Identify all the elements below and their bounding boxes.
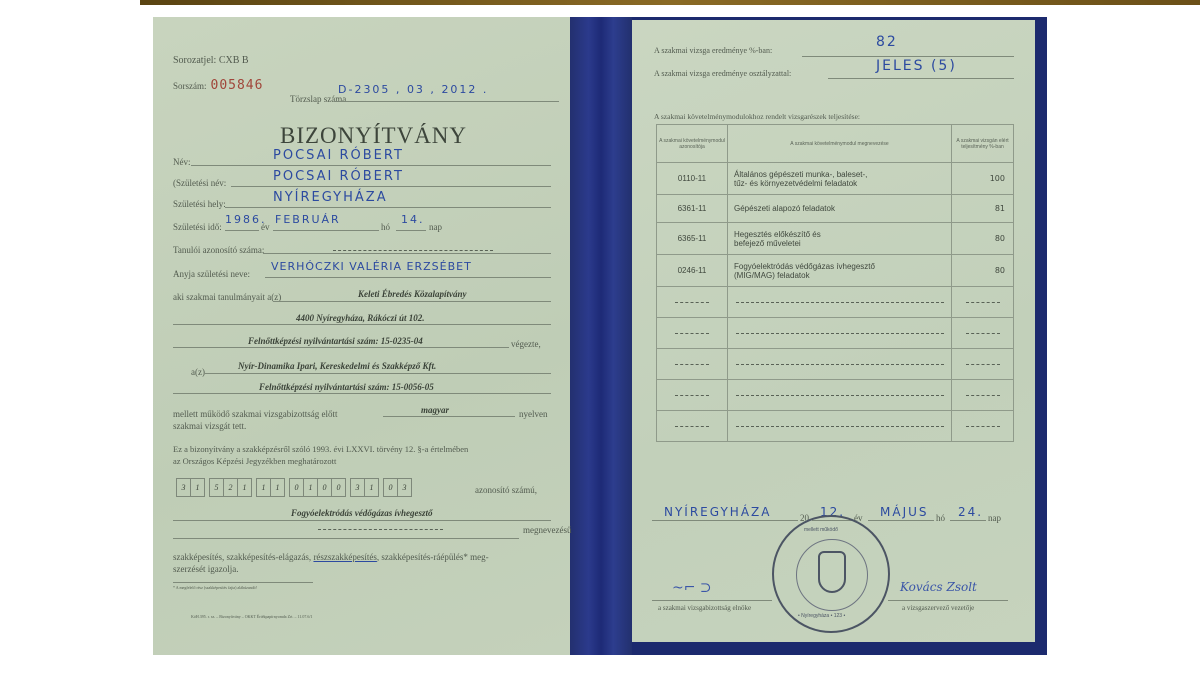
module-name-line: befejező műveletei [734, 239, 950, 248]
institution-1: Keleti Ébredés Közalapítvány [358, 289, 467, 299]
exam-taken-text: szakmai vizsgát tett. [173, 421, 246, 431]
table-row: 0110-11Általános gépészeti munka-, bales… [657, 163, 1014, 195]
module-percent: 100 [952, 163, 1014, 195]
qualification-types-2: , szakképesítés-ráépülés* meg- [377, 552, 489, 562]
empty-cell [728, 411, 952, 442]
serial-label: Sorszám: [173, 81, 207, 91]
module-percent: 80 [952, 255, 1014, 287]
module-code: 0246-11 [657, 255, 728, 287]
qualification-types: szakképesítés, szakképesítés-elágazás, r… [173, 552, 489, 562]
empty-cell [952, 349, 1014, 380]
table-row-empty [657, 349, 1014, 380]
institution-2-registration: Felnőttképzési nyilvántartási szám: 15-0… [259, 382, 434, 392]
az-label: a(z) [191, 367, 205, 377]
module-name: Hegesztés előkészítő ésbefejező művelete… [728, 223, 952, 255]
qualification-empty-line [318, 529, 443, 530]
qualification-name: Fogyóelektródás védőgázas ívhegesztő [291, 508, 432, 518]
okj-digit-box: 1 [256, 478, 271, 497]
name-label: Név: [173, 157, 191, 167]
month-suffix: hó [936, 513, 945, 523]
birth-month: FEBRUÁR [275, 213, 341, 226]
birth-name-label: (Születési név: [173, 178, 226, 188]
empty-cell [657, 287, 728, 318]
name-value: POCSAI RÓBERT [273, 148, 404, 163]
okj-digit-box: 1 [303, 478, 318, 497]
day-suffix: nap [429, 222, 442, 232]
institution-1-address: 4400 Nyíregyháza, Rákóczi út 102. [296, 313, 425, 323]
day-value: 24. [958, 505, 983, 519]
table-row: 6365-11Hegesztés előkészítő ésbefejező m… [657, 223, 1014, 255]
module-code: 6365-11 [657, 223, 728, 255]
committee-text: mellett működő szakmai vizsgabizottság e… [173, 409, 337, 419]
header-module-name: A szakmai követelménymodul megnevezése [728, 125, 952, 163]
okj-digit-box: 0 [383, 478, 398, 497]
table-row: 0246-11Fogyóelektródás védőgázas ívheges… [657, 255, 1014, 287]
okj-digit-box: 2 [223, 478, 238, 497]
institution-2: Nyír-Dinamika Ipari, Kereskedelmi és Sza… [238, 361, 436, 371]
okj-digit-box: 5 [209, 478, 224, 497]
empty-cell [728, 349, 952, 380]
okj-digit-group: 03 [384, 478, 412, 497]
result-percent-label: A szakmai vizsga eredménye %-ban: [654, 46, 772, 55]
empty-cell [657, 411, 728, 442]
module-name: Általános gépészeti munka-, baleset-,tűz… [728, 163, 952, 195]
empty-cell [952, 318, 1014, 349]
footnote: * A megfelelő rész (szakképesítés fajta)… [173, 585, 257, 590]
birth-name-value: POCSAI RÓBERT [273, 169, 404, 184]
mother-name-value: VERHÓCZKI VALÉRIA ERZSÉBET [271, 260, 472, 273]
birth-date-label: Születési idő: [173, 222, 222, 232]
official-stamp: mellett működő • Nyíregyháza • 123 • [772, 515, 890, 633]
student-id-empty [333, 250, 493, 251]
module-name: Gépészeti alapozó feladatok [728, 195, 952, 223]
place-value: NYÍREGYHÁZA [664, 505, 771, 519]
okj-digit-box: 3 [397, 478, 412, 497]
header-module-percent: A szakmai vizsgán elért teljesítmény %-b… [952, 125, 1014, 163]
table-row-empty [657, 287, 1014, 318]
module-name-line: (MIG/MAG) feladatok [734, 271, 950, 280]
module-code: 0110-11 [657, 163, 728, 195]
language-suffix: nyelven [519, 409, 548, 419]
institution-1-registration: Felnőttképzési nyilvántartási szám: 15-0… [248, 336, 423, 346]
print-code: KöH.395. r. sz. – Bizonyítvány – OKKT Ér… [191, 614, 312, 619]
serial-number: 005846 [211, 78, 264, 93]
law-text-2: az Országos Képzési Jegyzékben meghatáro… [173, 456, 336, 466]
signature-left: ~⌐ ⊃ [672, 580, 712, 596]
register-number-month: 03 [407, 83, 425, 96]
language-value: magyar [421, 405, 449, 415]
okj-suffix: azonosító számú, [475, 485, 537, 495]
okj-digit-box: 1 [190, 478, 205, 497]
module-code: 6361-11 [657, 195, 728, 223]
empty-cell [657, 318, 728, 349]
month-suffix: hó [381, 222, 390, 232]
okj-digit-box: 1 [237, 478, 252, 497]
birth-place-value: NYÍREGYHÁZA [273, 190, 388, 205]
okj-digit-box: 0 [317, 478, 332, 497]
okj-digit-group: 521 [210, 478, 252, 497]
result-grade-value: JELES (5) [876, 58, 957, 74]
left-page: Sorozatjel: CXB B Sorszám: 005846 Törzsl… [153, 17, 570, 655]
module-name-line: Hegesztés előkészítő és [734, 230, 950, 239]
day-suffix: nap [988, 513, 1001, 523]
empty-cell [728, 380, 952, 411]
register-number-main: D-2305 [338, 83, 390, 96]
result-percent-value: 82 [876, 34, 898, 50]
module-name-line: tűz- és környezetvédelmi feladatok [734, 179, 950, 188]
empty-cell [657, 380, 728, 411]
series-label: Sorozatjel: CXB B [173, 55, 249, 66]
okj-digit-box: 1 [364, 478, 379, 497]
okj-digit-box: 1 [270, 478, 285, 497]
empty-cell [657, 349, 728, 380]
empty-cell [952, 380, 1014, 411]
empty-cell [728, 287, 952, 318]
signature-left-label: a szakmai vizsgabizottság elnöke [658, 604, 751, 612]
studied-at-label: aki szakmai tanulmányait a(z) [173, 292, 281, 302]
table-row: 6361-11Gépészeti alapozó feladatok81 [657, 195, 1014, 223]
register-number-year: 2012 [441, 83, 477, 96]
empty-cell [952, 411, 1014, 442]
table-row-empty [657, 380, 1014, 411]
okj-digit-box: 0 [331, 478, 346, 497]
birth-day: 14. [401, 213, 425, 226]
okj-number-boxes: 315211101003103 [177, 478, 417, 497]
module-name-line: Általános gépészeti munka-, baleset-, [734, 170, 950, 179]
qualification-types-3: szerzését igazolja. [173, 564, 238, 574]
okj-digit-box: 0 [289, 478, 304, 497]
empty-cell [728, 318, 952, 349]
module-percent: 81 [952, 195, 1014, 223]
module-name-line: Gépészeti alapozó feladatok [734, 204, 950, 213]
okj-digit-group: 0100 [290, 478, 346, 497]
okj-digit-box: 3 [176, 478, 191, 497]
document-title: BIZONYÍTVÁNY [280, 123, 467, 149]
okj-digit-group: 31 [351, 478, 379, 497]
result-grade-label: A szakmai vizsga eredménye osztályzattal… [654, 69, 791, 78]
stamp-text-bottom: • Nyíregyháza • 123 • [798, 613, 845, 619]
okj-digit-group: 11 [257, 478, 285, 497]
student-id-label: Tanulói azonosító száma: [173, 245, 264, 255]
qualification-types-1: szakképesítés, szakképesítés-elágazás, [173, 552, 311, 562]
birth-place-label: Születési hely: [173, 199, 226, 209]
header-module-code: A szakmai követelménymodul azonosítója [657, 125, 728, 163]
serial-row: Sorszám: 005846 [173, 76, 263, 94]
naming-suffix: megnevezésű [523, 525, 571, 535]
module-percent: 80 [952, 223, 1014, 255]
signature-right-label: a vizsgaszervező vezetője [902, 604, 974, 612]
top-gold-strip [140, 0, 1200, 5]
coat-of-arms-icon [818, 551, 846, 593]
right-page: A szakmai vizsga eredménye %-ban: 82 A s… [632, 20, 1035, 642]
module-name: Fogyóelektródás védőgázas ívhegesztő(MIG… [728, 255, 952, 287]
register-number: D-2305 , 03 , 2012 . [338, 83, 488, 96]
completed-label: végezte, [511, 339, 541, 349]
year-suffix: év [261, 222, 270, 232]
month-value: MÁJUS [880, 505, 929, 519]
stamp-text-mid: mellett működő [804, 527, 838, 533]
empty-cell [952, 287, 1014, 318]
booklet-spine [570, 17, 632, 655]
qualification-type-selected: részszakképesítés [313, 552, 376, 562]
okj-digit-box: 3 [350, 478, 365, 497]
table-row-empty [657, 318, 1014, 349]
okj-digit-group: 31 [177, 478, 205, 497]
mother-name-label: Anyja születési neve: [173, 269, 250, 279]
table-row-empty [657, 411, 1014, 442]
modules-heading: A szakmai követelménymodulokhoz rendelt … [654, 112, 860, 121]
law-text-1: Ez a bizonyítvány a szakképzésről szóló … [173, 444, 468, 454]
signature-right: Kovács Zsolt [900, 580, 977, 594]
modules-table: A szakmai követelménymodul azonosítója A… [656, 124, 1014, 442]
module-name-line: Fogyóelektródás védőgázas ívhegesztő [734, 262, 950, 271]
